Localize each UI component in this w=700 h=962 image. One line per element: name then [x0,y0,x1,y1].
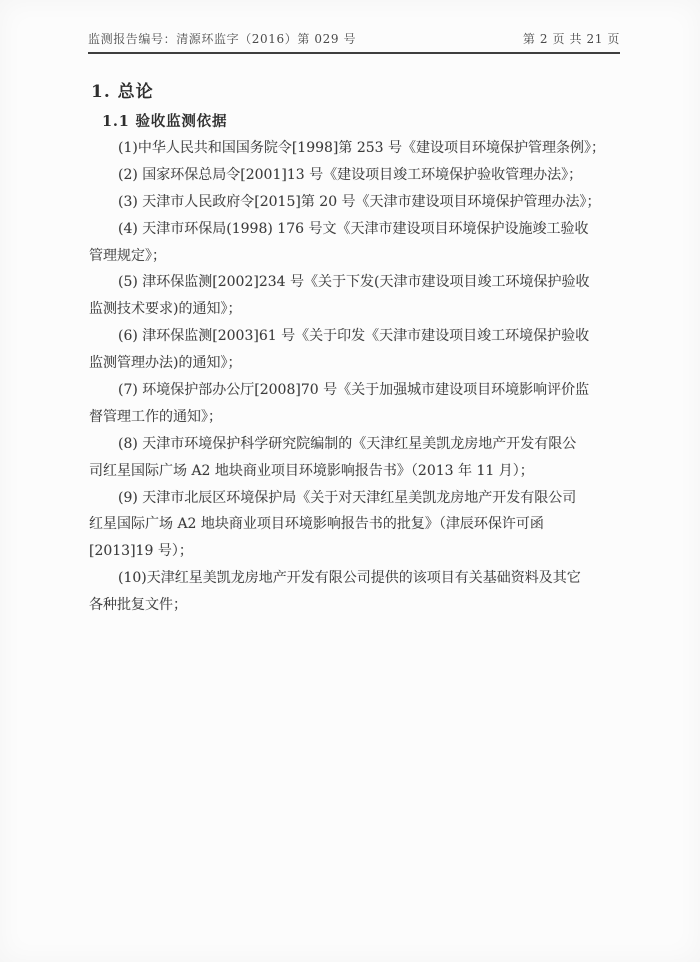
document-line: (2) 国家环保总局令[2001]13 号《建设项目竣工环境保护验收管理办法》； [89,162,615,189]
page-header: 监测报告编号：清源环监字（2016）第 029 号 第 2 页 共 21 页 [88,31,620,54]
document-line: 司红星国际广场 A2 地块商业项目环境影响报告书》（2013 年 11 月）； [89,458,615,485]
document-line: (6) 津环保监测[2003]61 号《关于印发《天津市建设项目竣工环境保护验收 [89,323,615,350]
document-line: (10)天津红星美凯龙房地产开发有限公司提供的该项目有关基础资料及其它 [89,565,615,592]
document-line: 各种批复文件； [89,592,615,619]
chapter-title: 1. 总论 [91,77,154,102]
document-line: (9) 天津市北辰区环境保护局《关于对天津红星美凯龙房地产开发有限公司 [89,485,615,512]
document-line: (3) 天津市人民政府令[2015]第 20 号《天津市建设项目环境保护管理办法… [89,189,615,216]
section-title: 1.1 验收监测依据 [102,110,227,131]
document-line: (1)中华人民共和国国务院令[1998]第 253 号《建设项目环境保护管理条例… [89,135,615,162]
document-line: 监测管理办法)的通知》； [89,350,615,377]
report-number: 监测报告编号：清源环监字（2016）第 029 号 [88,31,356,47]
document-line: 管理规定》； [89,243,615,270]
document-body: (1)中华人民共和国国务院令[1998]第 253 号《建设项目环境保护管理条例… [89,135,615,619]
report-page: 监测报告编号：清源环监字（2016）第 029 号 第 2 页 共 21 页 1… [0,0,700,962]
document-line: 督管理工作的通知》； [89,404,615,431]
document-line: (7) 环境保护部办公厅[2008]70 号《关于加强城市建设项目环境影响评价监 [89,377,615,404]
document-line: 红星国际广场 A2 地块商业项目环境影响报告书的批复》（津辰环保许可函 [89,511,615,538]
document-line: (8) 天津市环境保护科学研究院编制的《天津红星美凯龙房地产开发有限公 [89,431,615,458]
document-line: (5) 津环保监测[2002]234 号《关于下发(天津市建设项目竣工环境保护验… [89,269,615,296]
document-line: (4) 天津市环保局(1998) 176 号文《天津市建设项目环境保护设施竣工验… [89,216,615,243]
document-line: 监测技术要求)的通知》； [89,296,615,323]
document-line: [2013]19 号）； [89,538,615,565]
page-number-indicator: 第 2 页 共 21 页 [523,31,620,47]
